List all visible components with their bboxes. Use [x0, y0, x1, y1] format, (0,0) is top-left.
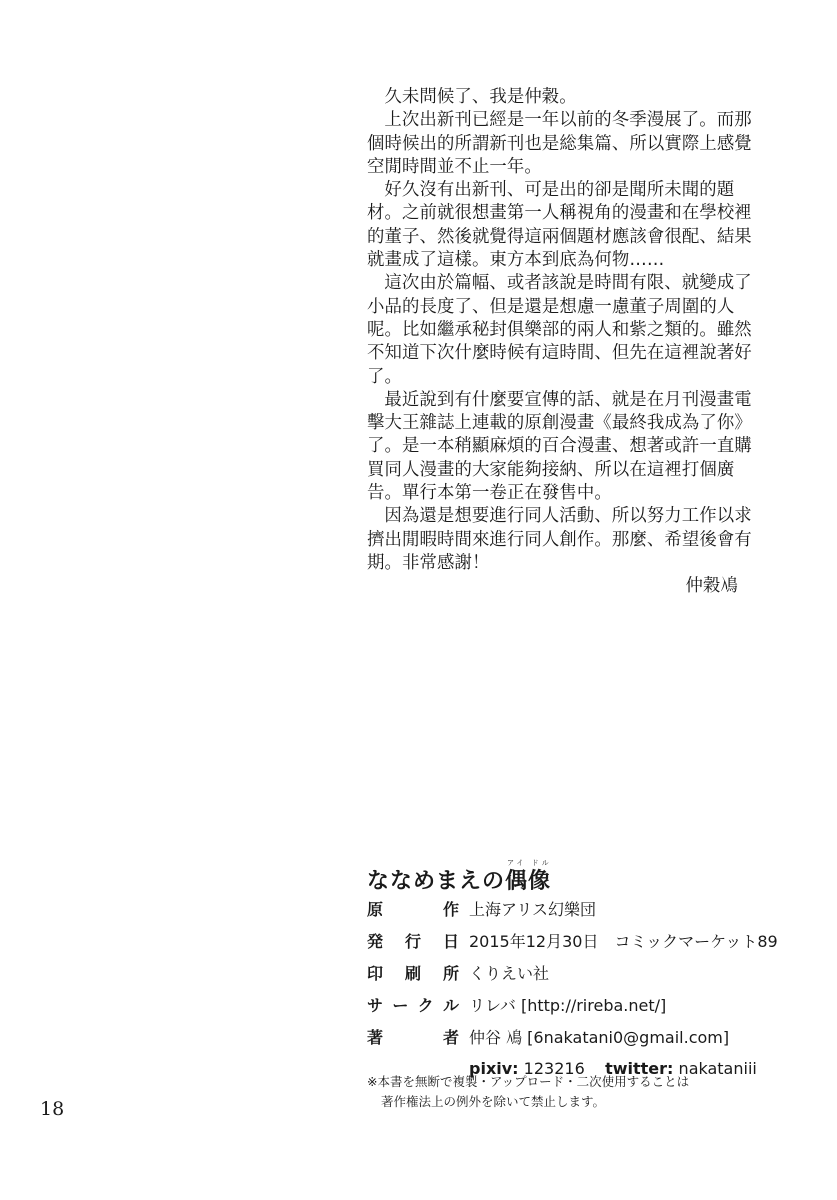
- row-label: 発 行 日: [367, 929, 467, 952]
- row-label: 原 作: [367, 897, 467, 920]
- afterword-paragraph: 上次出新刊已經是一年以前的冬季漫展了。而那個時候出的所謂新刊也是総集篇、所以實際…: [367, 109, 752, 179]
- label-char: 刷: [405, 961, 421, 984]
- label-char: 者: [443, 1025, 459, 1048]
- notice-line-1: ※本書を無断で複製・アップロード・二次使用することは: [367, 1072, 689, 1092]
- label-char: 所: [443, 961, 459, 984]
- label-char: 発: [367, 929, 383, 952]
- colophon-row-publish-date: 発 行 日 2015年12月30日 コミックマーケット89: [367, 924, 787, 956]
- colophon-title-block: アイ ドル ななめまえの偶像: [367, 858, 787, 892]
- colophon: アイ ドル ななめまえの偶像 原 作 上海アリス幻樂団 発 行 日 2015年1…: [367, 858, 787, 1084]
- label-char: 著: [367, 1025, 383, 1048]
- label-char: ル: [443, 993, 459, 1016]
- row-value: 仲谷 鳰 [6nakatani0@gmail.com]: [467, 1025, 729, 1048]
- afterword-text: 久未問候了、我是仲穀。 上次出新刊已經是一年以前的冬季漫展了。而那個時候出的所謂…: [367, 86, 752, 599]
- afterword-paragraph: 久未問候了、我是仲穀。: [367, 86, 752, 109]
- label-char: 印: [367, 961, 383, 984]
- copyright-notice: ※本書を無断で複製・アップロード・二次使用することは 著作権法上の例外を除いて禁…: [367, 1072, 689, 1112]
- afterword-paragraph: 最近說到有什麼要宣傳的話、就是在月刊漫畫電擊大王雜誌上連載的原創漫畫《最終我成為…: [367, 389, 752, 505]
- afterword-signature: 仲穀鳰: [367, 575, 752, 598]
- label-char: 原: [367, 897, 383, 920]
- page-number: 18: [40, 1098, 64, 1120]
- book-title: ななめまえの偶像: [367, 864, 551, 895]
- row-value: 上海アリス幻樂団: [467, 897, 596, 920]
- afterword-paragraph: 好久沒有出新刊、可是出的卻是聞所未聞的題材。之前就很想畫第一人稱視角的漫畫和在學…: [367, 179, 752, 272]
- colophon-row-printer: 印 刷 所 くりえい社: [367, 956, 787, 988]
- row-label: サ ー ク ル: [367, 993, 467, 1016]
- label-char: サ: [367, 993, 383, 1016]
- afterword-paragraph: 因為還是想要進行同人活動、所以努力工作以求擠出閒暇時間來進行同人創作。那麼、希望…: [367, 505, 752, 575]
- twitter-handle: nakataniii: [679, 1059, 757, 1078]
- label-char: ー: [392, 993, 408, 1016]
- afterword-paragraph: 這次由於篇幅、或者該說是時間有限、就變成了小品的長度了、但是還是想慮一慮董子周圍…: [367, 272, 752, 388]
- colophon-row-original-work: 原 作 上海アリス幻樂団: [367, 892, 787, 924]
- row-value: 2015年12月30日 コミックマーケット89: [467, 929, 778, 952]
- row-label: 印 刷 所: [367, 961, 467, 984]
- label-char: 日: [443, 929, 459, 952]
- row-value: くりえい社: [467, 961, 549, 984]
- label-char: ク: [418, 993, 434, 1016]
- label-char: 行: [405, 929, 421, 952]
- row-label: 著 者: [367, 1025, 467, 1048]
- colophon-row-circle: サ ー ク ル リレバ [http://rireba.net/]: [367, 988, 787, 1020]
- label-char: 作: [443, 897, 459, 920]
- row-value: リレバ [http://rireba.net/]: [467, 993, 666, 1016]
- colophon-row-author: 著 者 仲谷 鳰 [6nakatani0@gmail.com]: [367, 1020, 787, 1052]
- notice-line-2: 著作権法上の例外を除いて禁止します。: [367, 1092, 689, 1112]
